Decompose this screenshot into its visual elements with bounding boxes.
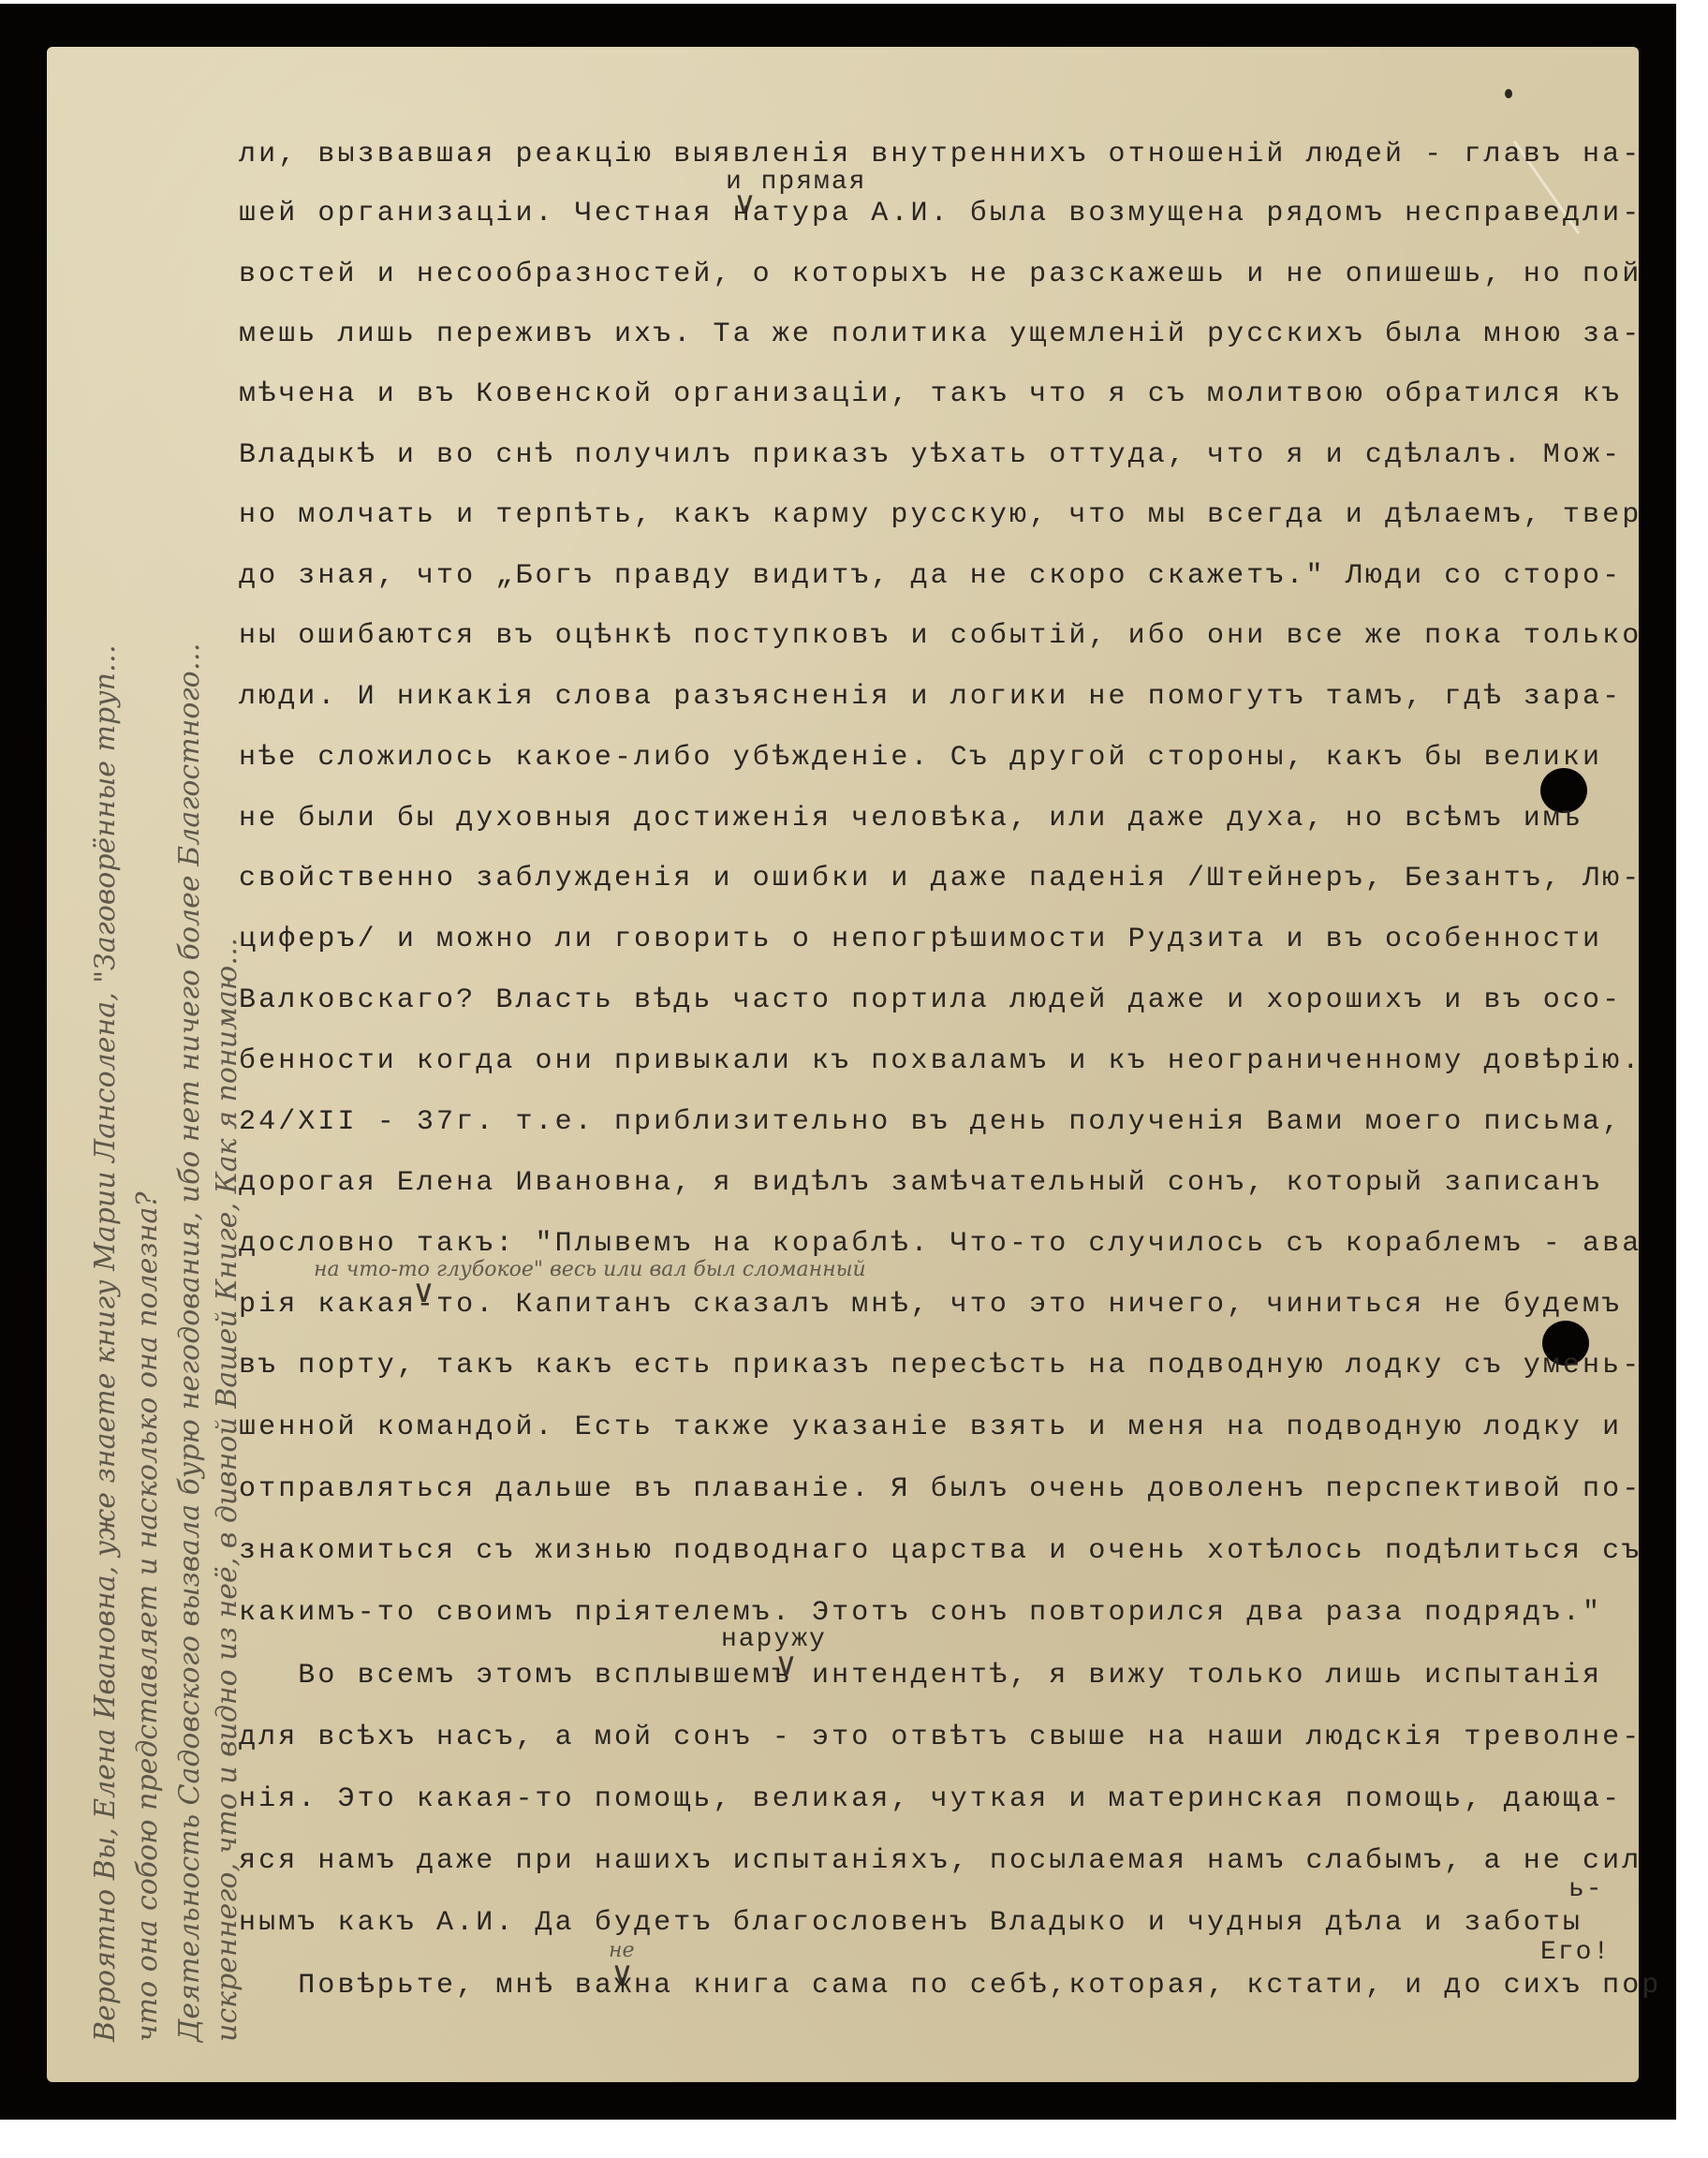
margin-note-2: что она собою представляет и насколько о… <box>131 1191 164 2042</box>
text-line: Валковскаго? Власть вѣдь часто портила л… <box>239 984 1622 1016</box>
text-line: Повѣрьте, мнѣ важна книга сама по себѣ,к… <box>239 1970 1661 2002</box>
text-line: люди. И никакія слова разъясненія и логи… <box>239 681 1622 713</box>
margin-note-1: Вероятно Вы, Елена Ивановна, уже знаете … <box>89 644 122 2042</box>
text-line: до зная, что „Богъ правду видитъ, да не … <box>239 560 1622 592</box>
text-line: въ порту, такъ какъ есть приказъ пересѣс… <box>239 1350 1642 1382</box>
text-line: но молчать и терпѣть, какъ карму русскую… <box>239 499 1642 531</box>
text-line: ны ошибаются въ оцѣнкѣ поступковъ и собы… <box>239 620 1642 652</box>
margin-note-3: Деятельность Садовского вызвала бурю нег… <box>173 643 206 2042</box>
text-line: не были бы духовныя достиженія человѣка,… <box>239 803 1583 835</box>
text-line: циферъ/ и можно ли говорить о непогрѣшим… <box>239 924 1602 955</box>
text-line: мѣчена и въ Ковенской организаціи, такъ … <box>239 378 1622 410</box>
text-line: мешь лишь переживъ ихъ. Та же политика у… <box>239 318 1642 350</box>
text-line: свойственно заблужденія и ошибки и даже … <box>239 863 1642 894</box>
text-line: шенной командой. Есть также указаніе взя… <box>239 1412 1622 1443</box>
text-line: Владыкѣ и во снѣ получилъ приказъ уѣхать… <box>239 439 1622 471</box>
text-line: востей и несообразностей, о которыхъ не … <box>239 259 1642 290</box>
text-line: дословно такъ: "Плывемъ на кораблѣ. Что-… <box>239 1228 1642 1260</box>
text-line: рія какая-то. Капитанъ сказалъ мнѣ, что … <box>239 1289 1622 1321</box>
letter-body: ли, вызвавшая реакцію выявленія внутренн… <box>239 0 1643 2158</box>
text-line: отправляться дальше въ плаваніе. Я былъ … <box>239 1473 1642 1505</box>
interlinear-insert: ь- <box>1568 1876 1604 1904</box>
text-line: знакомиться съ жизнью подводнаго царства… <box>239 1535 1642 1567</box>
text-line: шей организаціи. Честная натура А.И. был… <box>239 198 1642 229</box>
text-line: Во всемъ этомъ всплывшемъ интендентѣ, я … <box>239 1660 1602 1692</box>
text-line: какимъ-то своимъ пріятелемъ. Этотъ сонъ … <box>239 1597 1602 1629</box>
text-line: нія. Это какая-то помощь, великая, чутка… <box>239 1783 1622 1815</box>
interlinear-insert: Его! <box>1540 1939 1611 1967</box>
text-line: 24/XII - 37г. т.е. приблизительно въ ден… <box>239 1106 1622 1138</box>
text-line: нѣе сложилось какое-либо убѣжденіе. Съ д… <box>239 742 1602 774</box>
text-line: дорогая Елена Ивановна, я видѣлъ замѣчат… <box>239 1167 1602 1199</box>
text-line: ли, вызвавшая реакцію выявленія внутренн… <box>239 139 1642 170</box>
text-line: нымъ какъ А.И. Да будетъ благословенъ Вл… <box>239 1907 1583 1939</box>
handwritten-insert: на что-то глубокое" весь или вал был сло… <box>314 1258 866 1282</box>
text-line: яся намъ даже при нашихъ испытаніяхъ, по… <box>239 1845 1642 1877</box>
text-line: бенности когда они привыкали къ похвалам… <box>239 1045 1642 1077</box>
text-line: для всѣхъ насъ, а мой сонъ - это отвѣтъ … <box>239 1722 1642 1753</box>
